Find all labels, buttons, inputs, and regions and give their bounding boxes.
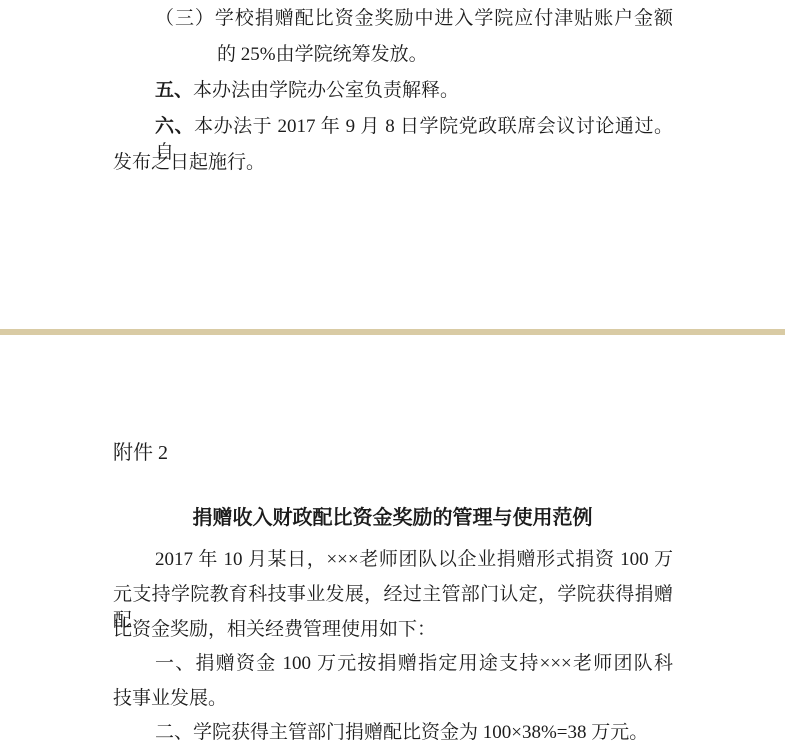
document-heading: 捐赠收入财政配比资金奖励的管理与使用范例: [0, 505, 785, 531]
text-line-content: 本办法由学院办公室负责解释。: [193, 80, 459, 101]
page-gap-divider: [0, 329, 785, 335]
text-line: 比资金奖励，相关经费管理使用如下：: [113, 617, 436, 643]
text-line: 的 25%由学院统筹发放。: [217, 42, 428, 68]
text-line: 技事业发展。: [113, 686, 227, 712]
list-number-label: 六、: [155, 116, 194, 137]
attachment-label: 附件 2: [113, 440, 168, 466]
text-line: 一、捐赠资金 100 万元按捐赠指定用途支持×××老师团队科: [155, 651, 673, 703]
document-viewport: （三）学校捐赠配比资金奖励中进入学院应付津贴账户金额 的 25%由学院统筹发放。…: [0, 0, 785, 746]
text-line: 发布之日起施行。: [113, 150, 265, 176]
text-line: 五、本办法由学院办公室负责解释。: [155, 78, 459, 104]
text-line: 二、学院获得主管部门捐赠配比资金为 100×38%=38 万元。: [155, 720, 648, 746]
list-number-label: 五、: [155, 80, 193, 101]
